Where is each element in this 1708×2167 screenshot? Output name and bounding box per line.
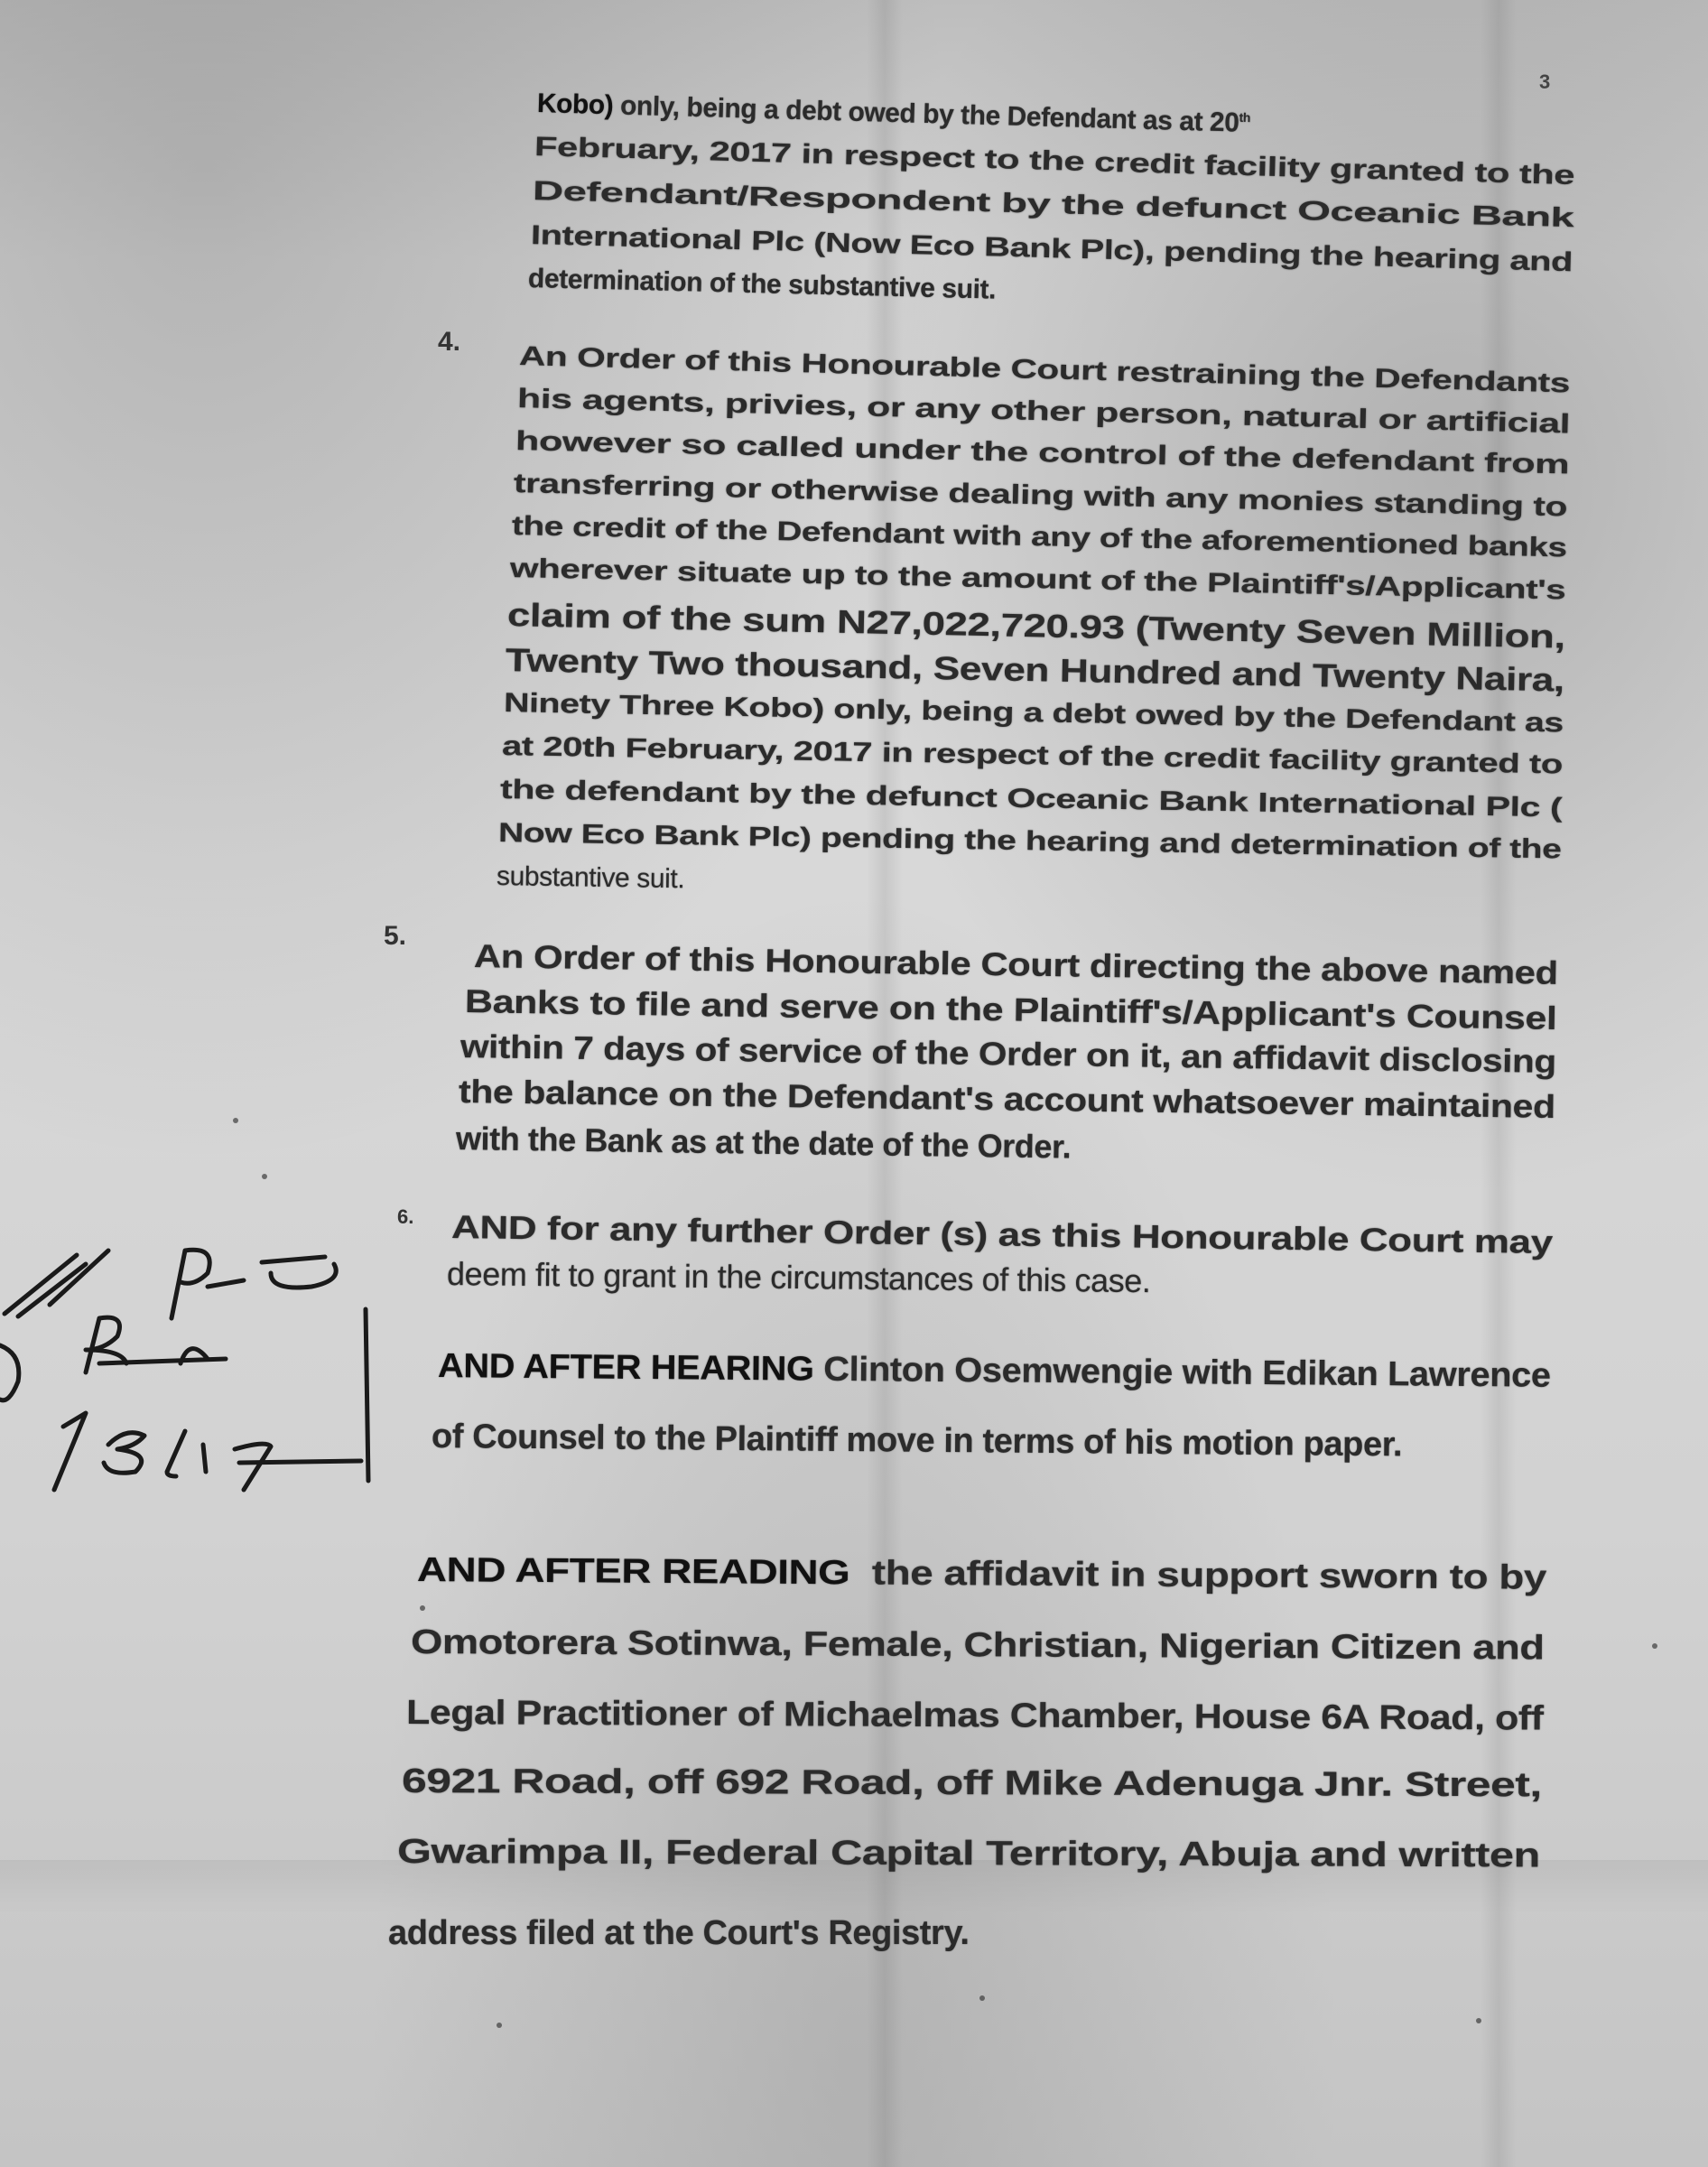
paper-speck bbox=[262, 1174, 267, 1179]
item-line: the balance on the Defendant's account w… bbox=[459, 1073, 1555, 1126]
superscript: th bbox=[1239, 110, 1250, 125]
after-reading-line-1: AND AFTER READING the affidavit in suppo… bbox=[417, 1551, 1546, 1598]
item-line: Now Eco Bank Plc) pending the hearing an… bbox=[498, 818, 1562, 865]
item-number: 6. bbox=[397, 1205, 413, 1229]
paper-speck bbox=[420, 1605, 425, 1611]
text-span: the affidavit in support sworn to by bbox=[872, 1555, 1546, 1597]
item-number: 5. bbox=[384, 921, 406, 952]
after-hearing-heading: AND AFTER HEARING bbox=[438, 1347, 814, 1389]
after-reading-line: Gwarimpa II, Federal Capital Territory, … bbox=[397, 1833, 1540, 1875]
paper-speck bbox=[1652, 1643, 1657, 1649]
continuation-line-5: determination of the substantive suit. bbox=[528, 264, 997, 306]
item-line: An Order of this Honourable Court direct… bbox=[474, 937, 1558, 992]
paper-speck bbox=[233, 1118, 238, 1123]
paper-speck bbox=[979, 1995, 985, 2001]
item-line: with the Bank as at the date of the Orde… bbox=[456, 1120, 1072, 1167]
paper-speck bbox=[1476, 2018, 1481, 2023]
handwritten-margin-note bbox=[0, 1201, 388, 1499]
after-hearing-line-2: of Counsel to the Plaintiff move in term… bbox=[432, 1418, 1403, 1465]
after-reading-line: Omotorera Sotinwa, Female, Christian, Ni… bbox=[411, 1623, 1545, 1669]
item-line: substantive suit. bbox=[497, 861, 685, 895]
scanned-document-page: 3 Kobo) only, being a debt owed by the D… bbox=[0, 0, 1708, 2167]
after-reading-line: Legal Practitioner of Michaelmas Chamber… bbox=[406, 1694, 1544, 1739]
item-line: at 20th February, 2017 in respect of the… bbox=[502, 731, 1563, 781]
item-number: 4. bbox=[438, 327, 460, 358]
item-line: wherever situate up to the amount of the… bbox=[510, 553, 1566, 606]
after-reading-line: address filed at the Court's Registry. bbox=[388, 1914, 970, 1953]
counsel-names: Clinton Osemwengie with Edikan Lawrence bbox=[823, 1351, 1551, 1395]
after-reading-heading: AND AFTER READING bbox=[417, 1551, 850, 1592]
after-hearing-line-1: AND AFTER HEARING Clinton Osemwengie wit… bbox=[438, 1347, 1551, 1396]
item-line: within 7 days of service of the Order on… bbox=[460, 1028, 1556, 1081]
after-reading-line: 6921 Road, off 692 Road, off Mike Adenug… bbox=[402, 1762, 1542, 1805]
page-number: 3 bbox=[1539, 70, 1550, 94]
item-line: the defendant by the defunct Oceanic Ban… bbox=[500, 775, 1563, 824]
item-line: AND for any further Order (s) as this Ho… bbox=[451, 1208, 1553, 1261]
text-span: only, being a debt owed by the Defendant… bbox=[613, 90, 1239, 137]
kobo-bold: Kobo) bbox=[537, 88, 614, 120]
paper-speck bbox=[497, 2023, 502, 2028]
item-line: deem fit to grant in the circumstances o… bbox=[447, 1255, 1151, 1300]
